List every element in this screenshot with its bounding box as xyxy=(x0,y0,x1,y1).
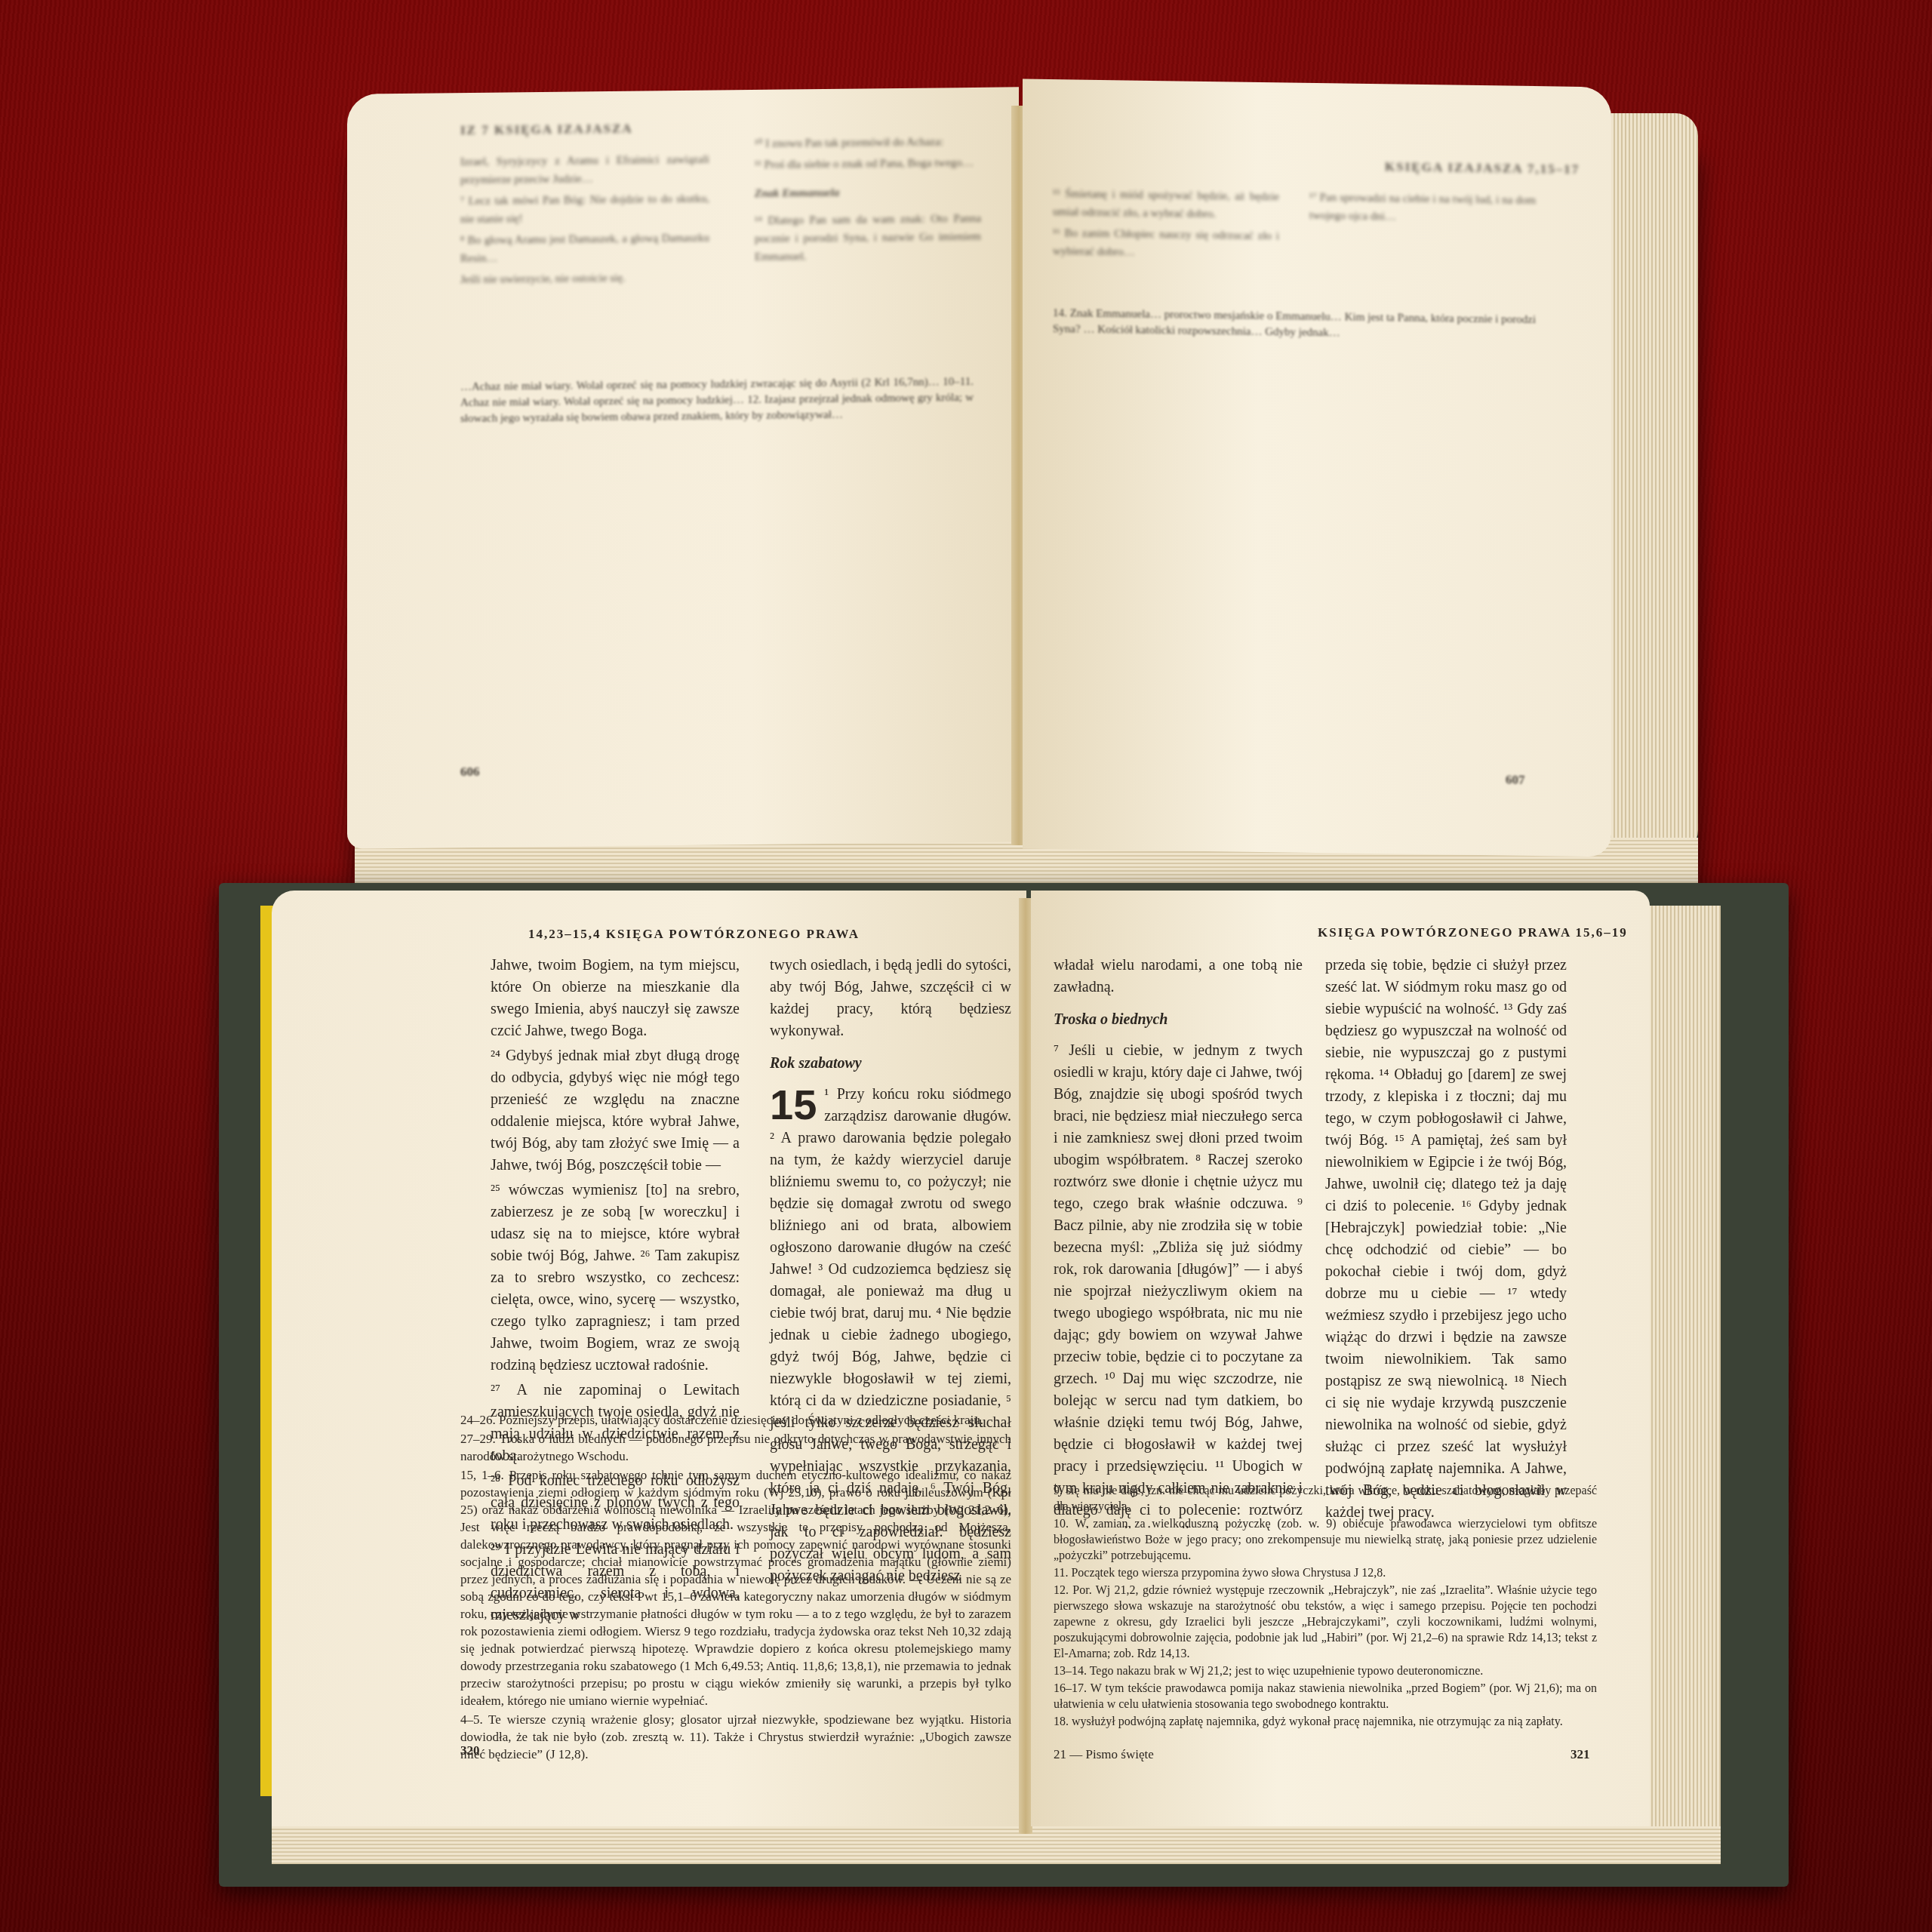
verse: władał wielu narodami, a one tobą nie za… xyxy=(1054,955,1303,998)
commentary-note: 12. Por. Wj 21,2, gdzie również występuj… xyxy=(1054,1583,1597,1662)
commentary-note: 10. W zamian za wielkoduszną pożyczkę (z… xyxy=(1054,1516,1597,1564)
commentary: …Achaz nie miał wiary. Wolał oprzeć się … xyxy=(460,374,974,427)
bottom-left-page: 14,23–15,4 KSIĘGA POWTÓRZONEGO PRAWA Jah… xyxy=(272,891,1026,1826)
page-number: 606 xyxy=(460,764,480,780)
running-head: IZ 7 KSIĘGA IZAJASZA xyxy=(460,122,632,138)
commentary: 14. Znak Emmanuela… proroctwo mesjańskie… xyxy=(1053,306,1536,344)
top-left-page: IZ 7 KSIĘGA IZAJASZA Izrael, Syryjczycy … xyxy=(347,87,1019,848)
verse: ²⁵ wówczas wymienisz [to] na srebro, zab… xyxy=(491,1180,740,1377)
verse: ¹⁶ Bo zanim Chłopiec nauczy się odrzucać… xyxy=(1053,224,1279,263)
section-heading-troska-o-biednych: Troska o biednych xyxy=(1054,1009,1303,1031)
verse: ²⁴ Gdybyś jednak miał zbyt długą drogę d… xyxy=(491,1045,740,1177)
commentary-note: 11. Początek tego wiersza przypomina żyw… xyxy=(1054,1565,1597,1581)
verse: twych osiedlach, i będą jedli do sytości… xyxy=(770,955,1011,1042)
verse: ¹⁵ Śmietanę i miód spożywać będzie, aż b… xyxy=(1053,185,1279,224)
signature-mark: 21 — Pismo święte xyxy=(1054,1747,1154,1762)
verse: ¹⁰ I znowu Pan tak przemówił do Achaza: xyxy=(755,133,981,153)
verse-column-1: Izrael, Syryjczycy z Aramu i Efraimici z… xyxy=(460,151,709,292)
verse: Jahwe, twoim Bogiem, na tym miejscu, któ… xyxy=(491,955,740,1042)
verse-column-2: ¹⁰ I znowu Pan tak przemówił do Achaza: … xyxy=(755,133,981,269)
commentary-note: 24–26. Późniejszy przepis, ułatwiający d… xyxy=(460,1411,1011,1429)
commentary-note: 15, 1–6. Przepis roku szabatowego tchnie… xyxy=(460,1466,1011,1709)
bottom-right-page: KSIĘGA POWTÓRZONEGO PRAWA 15,6–19 władał… xyxy=(1031,891,1650,1826)
running-head: KSIĘGA IZAJASZA 7,15–17 xyxy=(1385,159,1580,177)
commentary-note: 4–5. Te wiersze czynią wrażenie glosy; g… xyxy=(460,1711,1011,1763)
commentary-note: 9. się mu nie daje, tzn. nie chcąc mu ud… xyxy=(1054,1483,1597,1515)
commentary-note: 13–14. Tego nakazu brak w Wj 21,2; jest … xyxy=(1054,1663,1597,1679)
verse: ¹⁷ Pan sprowadzi na ciebie i na twój lud… xyxy=(1309,189,1536,228)
running-head: KSIĘGA POWTÓRZONEGO PRAWA 15,6–19 xyxy=(1318,925,1628,940)
verse: Jeśli nie uwierzycie, nie ostoicie się. xyxy=(460,269,709,289)
verse: Izrael, Syryjczycy z Aramu i Efraimici z… xyxy=(460,151,709,189)
top-right-page: KSIĘGA IZAJASZA 7,15–17 ¹⁵ Śmietanę i mi… xyxy=(1023,79,1611,857)
page-number: 320 xyxy=(460,1743,480,1758)
verse: ⁷ Lecz tak mówi Pan Bóg: Nie dojdzie to … xyxy=(460,190,709,229)
verse-column-2: ¹⁷ Pan sprowadzi na ciebie i na twój lud… xyxy=(1309,189,1536,231)
section-heading: Znak Emmanuela xyxy=(755,183,981,203)
section-heading-rok-szabatowy: Rok szabatowy xyxy=(770,1053,1011,1075)
commentary: 24–26. Późniejszy przepis, ułatwiający d… xyxy=(460,1411,1011,1789)
verse: ¹¹ Proś dla siebie o znak od Pana, Boga … xyxy=(755,154,981,174)
verse: ⁸ Bo głową Aramu jest Damaszek, a głową … xyxy=(460,229,709,268)
verse-column-1: ¹⁵ Śmietanę i miód spożywać będzie, aż b… xyxy=(1053,185,1279,266)
chapter-number: 15 xyxy=(770,1087,817,1123)
verse: przeda się tobie, będzie ci służył przez… xyxy=(1325,955,1567,1524)
page-number: 321 xyxy=(1571,1747,1590,1762)
verse-column-1: władał wielu narodami, a one tobą nie za… xyxy=(1054,955,1303,1528)
commentary: 9. się mu nie daje, tzn. nie chcąc mu ud… xyxy=(1054,1483,1597,1755)
verse: ⁷ Jeśli u ciebie, w jednym z twych osied… xyxy=(1054,1040,1303,1528)
commentary-note: 16–17. W tym tekście prawodawca pomija n… xyxy=(1054,1681,1597,1712)
verse-column-2: przeda się tobie, będzie ci służył przez… xyxy=(1325,955,1567,1528)
commentary-note: 27–29. Troska o ludzi biednych — podobne… xyxy=(460,1430,1011,1465)
page-number: 607 xyxy=(1506,772,1525,787)
commentary-note: 18. wysłużył podwójną zapłatę najemnika,… xyxy=(1054,1714,1597,1730)
running-head: 14,23–15,4 KSIĘGA POWTÓRZONEGO PRAWA xyxy=(528,927,860,942)
bottom-book-bottom-edges xyxy=(272,1826,1721,1864)
verse: ¹⁴ Dlatego Pan sam da wam znak: Oto Pann… xyxy=(755,210,981,266)
